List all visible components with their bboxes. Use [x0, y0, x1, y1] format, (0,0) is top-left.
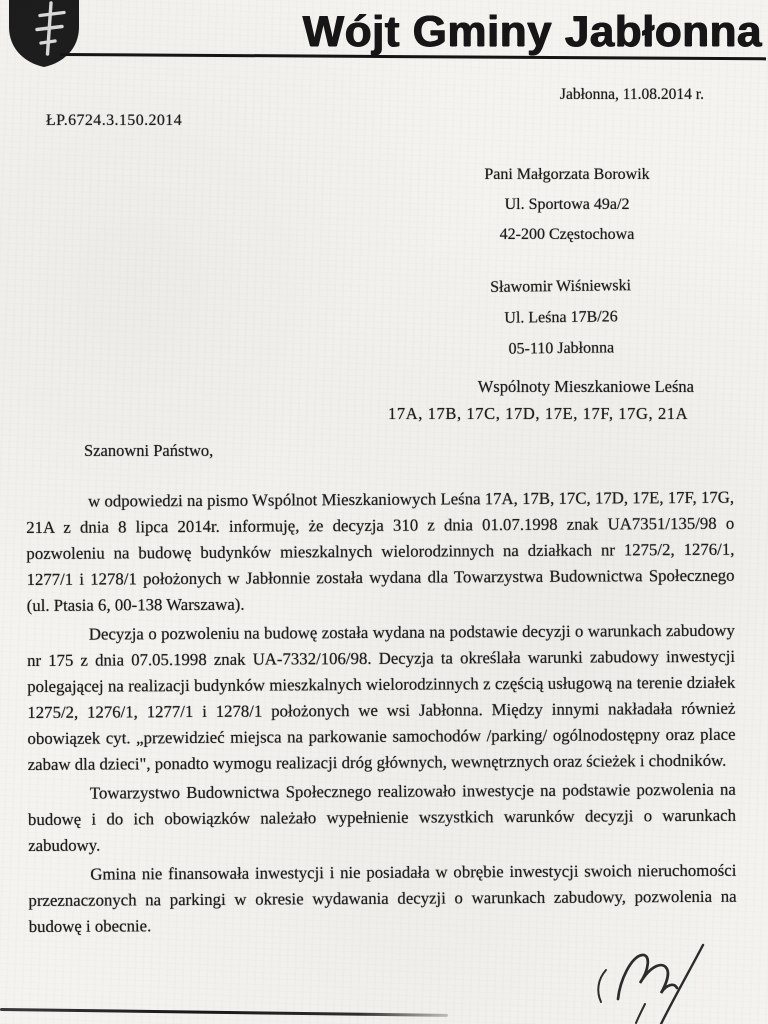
reference-number: ŁP.6724.3.150.2014 [46, 112, 182, 130]
scanned-letter-page: Wójt Gminy Jabłonna Jabłonna, 11.08.2014… [0, 0, 768, 1024]
recipient-block-2: Sławomir Wiśniewski Ul. Leśna 17B/26 05-… [445, 270, 676, 366]
salutation: Szanowni Państwo, [84, 441, 213, 461]
recipient-street: Ul. Sportowa 49a/2 [442, 190, 692, 220]
paragraph-3: Towarzystwo Budownictwa Społecznego real… [28, 777, 736, 859]
recipient-name: Pani Małgorzata Borowik [442, 160, 692, 190]
paragraph-4: Gmina nie finansowała inwestycji i nie p… [28, 858, 736, 940]
recipient-block-1: Pani Małgorzata Borowik Ul. Sportowa 49a… [442, 160, 692, 250]
coat-of-arms-icon [6, 0, 82, 68]
recipient-group-numbers: 17A, 17B, 17C, 17D, 17E, 17F, 17G, 21A [388, 400, 682, 427]
letterhead-office-title: Wójt Gminy Jabłonna [303, 10, 762, 54]
recipient-city: 05-110 Jabłonna [446, 332, 676, 366]
handwritten-signature-icon [585, 942, 735, 1024]
recipient-city: 42-200 Częstochowa [442, 220, 692, 250]
recipient-group-name: Wspólnoty Mieszkaniowe Leśna [388, 373, 694, 400]
scan-artifact-line [0, 1008, 448, 1016]
recipient-name: Sławomir Wiśniewski [445, 270, 675, 304]
letter-body: w odpowiedzi na pismo Wspólnot Mieszkani… [26, 485, 737, 943]
paragraph-1: w odpowiedzi na pismo Wspólnot Mieszkani… [26, 485, 735, 619]
recipient-street: Ul. Leśna 17B/26 [446, 301, 676, 335]
paragraph-2: Decyzja o pozwoleniu na budowę została w… [27, 618, 736, 778]
recipient-block-3: Wspólnoty Mieszkaniowe Leśna 17A, 17B, 1… [388, 373, 698, 427]
place-and-date: Jabłonna, 11.08.2014 r. [560, 86, 704, 104]
